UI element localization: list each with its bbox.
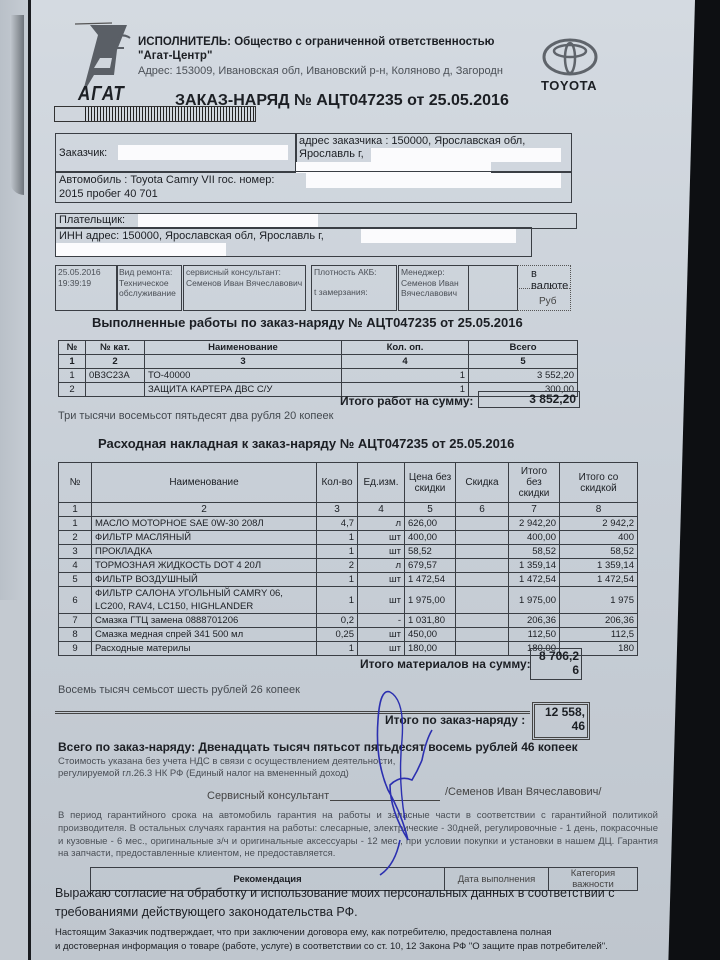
materials-cell-n: 9 <box>59 642 92 656</box>
col-number: 4 <box>358 503 405 517</box>
date-value: 25.05.2016 <box>58 267 115 278</box>
materials-total-label: Итого материалов на сумму: <box>360 657 531 671</box>
customer-address-line2: Ярославль г, <box>299 148 364 160</box>
works-colnum-row: 1 2 3 4 5 <box>59 355 578 369</box>
car-line2: 2015 пробег 40 701 <box>59 188 158 200</box>
materials-cell-n: 6 <box>59 587 92 614</box>
materials-cell-total: 112,50 <box>509 628 560 642</box>
car-line1: Автомобиль : Toyota Camry VII гос. номер… <box>59 174 274 186</box>
materials-cell-n: 4 <box>59 559 92 573</box>
battery-box: Плотность АКБ: t замерзания: <box>311 265 397 311</box>
freeze-label: t замерзания: <box>314 287 394 298</box>
works-title: Выполненные работы по заказ-наряду № АЦТ… <box>92 315 523 330</box>
works-total-value: 3 852,20 <box>478 391 580 408</box>
col-number: 2 <box>86 355 145 369</box>
customer-label: Заказчик: <box>59 147 107 159</box>
executor-line2: "Агат-Центр" <box>138 50 212 62</box>
vat-note-1: Стоимость указана без учета НДС в связи … <box>58 756 395 768</box>
materials-cell-total_disc: 206,36 <box>560 614 638 628</box>
inn-box: ИНН адрес: 150000, Ярославская обл, Ярос… <box>55 227 532 257</box>
col-number: 5 <box>405 503 456 517</box>
battery-label: Плотность АКБ: <box>314 267 394 278</box>
currency-box: в валюте Руб <box>517 265 571 311</box>
materials-cell-qty: 4,7 <box>317 517 358 531</box>
materials-total-value-1: 8 706,2 <box>531 649 581 663</box>
materials-total-words: Восемь тысяч семьсот шесть рублей 26 коп… <box>58 684 300 696</box>
executor-address: Адрес: 153009, Ивановская обл, Ивановски… <box>138 65 503 77</box>
warranty-text: В период гарантийного срока на автомобил… <box>58 810 658 861</box>
toyota-logo-icon <box>540 38 600 76</box>
col-header: Наименование <box>92 463 317 503</box>
works-cell-n: 2 <box>59 383 86 397</box>
materials-cell-price: 400,00 <box>405 531 456 545</box>
materials-cell-price: 1 975,00 <box>405 587 456 614</box>
materials-cell-total: 58,52 <box>509 545 560 559</box>
col-number: 2 <box>92 503 317 517</box>
works-table: № № кат. Наименование Кол. оп. Всего 1 2… <box>58 340 578 397</box>
materials-cell-unit: шт <box>358 573 405 587</box>
materials-cell-price: 58,52 <box>405 545 456 559</box>
col-number: 3 <box>317 503 358 517</box>
redacted-inn <box>56 243 226 256</box>
grand-total-words: Всего по заказ-наряду: Двенадцать тысяч … <box>58 740 578 754</box>
materials-cell-name: Смазка медная спрей 341 500 мл <box>92 628 317 642</box>
materials-cell-unit: шт <box>358 642 405 656</box>
materials-cell-price: 1 472,54 <box>405 573 456 587</box>
materials-cell-unit: шт <box>358 531 405 545</box>
materials-cell-name: ФИЛЬТР ВОЗДУШНЫЙ <box>92 573 317 587</box>
currency-value: Руб <box>539 296 557 307</box>
repair-type-label: Вид ремонта: <box>119 267 179 278</box>
works-header-row: № № кат. Наименование Кол. оп. Всего <box>59 341 578 355</box>
materials-row: 4ТОРМОЗНАЯ ЖИДКОСТЬ DOT 4 20Л2л679,571 3… <box>59 559 638 573</box>
materials-cell-unit: л <box>358 517 405 531</box>
materials-cell-total: 400,00 <box>509 531 560 545</box>
materials-cell-n: 3 <box>59 545 92 559</box>
materials-cell-total_disc: 1 359,14 <box>560 559 638 573</box>
materials-row: 6ФИЛЬТР САЛОНА УГОЛЬНЫЙ CAMRY 06, LC200,… <box>59 587 638 614</box>
materials-cell-qty: 0,25 <box>317 628 358 642</box>
materials-row: 8Смазка медная спрей 341 500 мл0,25шт450… <box>59 628 638 642</box>
signature-label: Сервисный консультант <box>207 790 329 802</box>
materials-cell-qty: 1 <box>317 573 358 587</box>
redacted-plate <box>306 173 561 188</box>
repair-type-box: Вид ремонта: Техническое обслуживание <box>116 265 182 311</box>
materials-cell-qty: 1 <box>317 642 358 656</box>
vat-note-2: регулируемой гл.26.3 НК РФ (Единый налог… <box>58 768 349 780</box>
col-number: 4 <box>342 355 469 369</box>
materials-cell-qty: 1 <box>317 587 358 614</box>
grand-total-value: 12 558, 46 <box>532 702 590 740</box>
materials-cell-n: 5 <box>59 573 92 587</box>
materials-cell-price: 1 031,80 <box>405 614 456 628</box>
materials-total-value: 8 706,2 6 <box>530 648 582 680</box>
works-cell-name: ЗАЩИТА КАРТЕРА ДВС С/У <box>145 383 342 397</box>
materials-cell-discount <box>456 642 509 656</box>
customer-address-line1: адрес заказчика : 150000, Ярославская об… <box>299 135 525 147</box>
notice-line2: и достоверная информация о товаре (работ… <box>55 940 608 954</box>
consent-line1: Выражаю согласие на обработку и использо… <box>55 884 614 903</box>
col-header: Кол-во <box>317 463 358 503</box>
consultant-box: сервисный консультант: Семенов Иван Вяче… <box>183 265 306 311</box>
materials-header-row: № Наименование Кол-во Ед.изм. Цена без с… <box>59 463 638 503</box>
col-number: 6 <box>456 503 509 517</box>
works-cell-cat <box>86 383 145 397</box>
signature-name: /Семенов Иван Вячеславович/ <box>445 786 601 798</box>
materials-cell-total_disc: 400 <box>560 531 638 545</box>
materials-cell-discount <box>456 517 509 531</box>
materials-cell-name: Смазка ГТЦ замена 0888701206 <box>92 614 317 628</box>
redacted-inn-address <box>361 229 516 243</box>
materials-colnum-row: 1 2 3 4 5 6 7 8 <box>59 503 638 517</box>
materials-row: 1МАСЛО МОТОРНОЕ SAE 0W-30 208Л4,7л626,00… <box>59 517 638 531</box>
materials-cell-name: ТОРМОЗНАЯ ЖИДКОСТЬ DOT 4 20Л <box>92 559 317 573</box>
col-header: № кат. <box>86 341 145 355</box>
materials-cell-total_disc: 1 975 <box>560 587 638 614</box>
empty-box <box>468 265 518 311</box>
redacted-customer-name <box>118 145 288 160</box>
materials-cell-price: 180,00 <box>405 642 456 656</box>
consultant-label: сервисный консультант: <box>186 267 303 278</box>
materials-cell-qty: 1 <box>317 545 358 559</box>
materials-cell-n: 1 <box>59 517 92 531</box>
materials-cell-unit: шт <box>358 587 405 614</box>
payer-label: Плательщик: <box>59 214 125 226</box>
materials-cell-unit: шт <box>358 628 405 642</box>
grand-total-value-2: 46 <box>535 719 587 733</box>
manager-label: Менеджер: <box>401 267 466 278</box>
consultant-value: Семенов Иван Вячеславович <box>186 278 303 289</box>
brand-name: TOYOTA <box>541 78 597 93</box>
col-header: Ед.изм. <box>358 463 405 503</box>
materials-row: 2ФИЛЬТР МАСЛЯНЫЙ1шт400,00400,00400 <box>59 531 638 545</box>
repair-type-value-1: Техническое <box>119 278 179 289</box>
materials-cell-total_disc: 1 472,54 <box>560 573 638 587</box>
col-header: № <box>59 341 86 355</box>
inn-address: ИНН адрес: 150000, Ярославская обл, Ярос… <box>59 230 324 242</box>
materials-cell-price: 626,00 <box>405 517 456 531</box>
materials-cell-total: 1 359,14 <box>509 559 560 573</box>
repair-type-value-2: обслуживание <box>119 288 179 299</box>
works-cell-total: 3 552,20 <box>469 369 578 383</box>
col-header: Скидка <box>456 463 509 503</box>
col-number: 7 <box>509 503 560 517</box>
customer-address-box: адрес заказчика : 150000, Ярославская об… <box>295 133 572 173</box>
currency-divider <box>517 288 570 289</box>
materials-cell-name: ПРОКЛАДКА <box>92 545 317 559</box>
materials-row: 5ФИЛЬТР ВОЗДУШНЫЙ1шт1 472,541 472,541 47… <box>59 573 638 587</box>
works-total-words: Три тысячи восемьсот пятьдесят два рубля… <box>58 410 333 422</box>
works-total-label: Итого работ на сумму: <box>340 394 473 408</box>
col-header: Кол. оп. <box>342 341 469 355</box>
materials-cell-unit: - <box>358 614 405 628</box>
document-title: ЗАКАЗ-НАРЯД № АЦТ047235 от 25.05.2016 <box>175 92 509 110</box>
col-number: 1 <box>59 503 92 517</box>
materials-cell-name: МАСЛО МОТОРНОЕ SAE 0W-30 208Л <box>92 517 317 531</box>
customer-box: Заказчик: <box>55 133 297 173</box>
materials-cell-n: 7 <box>59 614 92 628</box>
col-number: 5 <box>469 355 578 369</box>
car-box: Автомобиль : Toyota Camry VII гос. номер… <box>55 171 572 203</box>
materials-title: Расходная накладная к заказ-наряду № АЦТ… <box>98 436 514 451</box>
materials-cell-discount <box>456 587 509 614</box>
materials-cell-unit: шт <box>358 545 405 559</box>
col-header: Итого без скидки <box>509 463 560 503</box>
materials-cell-unit: л <box>358 559 405 573</box>
materials-row: 3ПРОКЛАДКА1шт58,5258,5258,52 <box>59 545 638 559</box>
materials-cell-discount <box>456 628 509 642</box>
materials-cell-total_disc: 58,52 <box>560 545 638 559</box>
col-header: № <box>59 463 92 503</box>
materials-cell-name: ФИЛЬТР МАСЛЯНЫЙ <box>92 531 317 545</box>
notice-line1: Настоящим Заказчик подтверждает, что при… <box>55 926 552 940</box>
materials-cell-name: ФИЛЬТР САЛОНА УГОЛЬНЫЙ CAMRY 06, LC200, … <box>92 587 317 614</box>
handwritten-signature <box>360 680 440 880</box>
materials-cell-n: 8 <box>59 628 92 642</box>
materials-cell-discount <box>456 573 509 587</box>
materials-cell-name: Расходные материлы <box>92 642 317 656</box>
sheet-edge <box>28 0 31 960</box>
materials-cell-total: 206,36 <box>509 614 560 628</box>
materials-cell-total: 1 975,00 <box>509 587 560 614</box>
materials-total-value-2: 6 <box>531 663 581 677</box>
materials-cell-discount <box>456 614 509 628</box>
materials-cell-total: 1 472,54 <box>509 573 560 587</box>
col-number: 1 <box>59 355 86 369</box>
materials-cell-n: 2 <box>59 531 92 545</box>
works-cell-n: 1 <box>59 369 86 383</box>
materials-cell-total: 2 942,20 <box>509 517 560 531</box>
manager-box: Менеджер: Семенов Иван Вячеславович <box>398 265 469 311</box>
materials-cell-total_disc: 2 942,2 <box>560 517 638 531</box>
works-row: 10B3C23AТО-4000013 552,20 <box>59 369 578 383</box>
works-cell-cat: 0B3C23A <box>86 369 145 383</box>
materials-cell-discount <box>456 559 509 573</box>
datetime-box: 25.05.2016 19:39:19 <box>55 265 118 311</box>
materials-cell-price: 450,00 <box>405 628 456 642</box>
materials-table: № Наименование Кол-во Ед.изм. Цена без с… <box>58 462 638 656</box>
paper-shadow <box>10 15 24 195</box>
materials-cell-total_disc: 112,5 <box>560 628 638 642</box>
consent-line2: требованиями действующего законодательст… <box>55 903 358 922</box>
executor-line1: ИСПОЛНИТЕЛЬ: Общество с ограниченной отв… <box>138 36 494 48</box>
works-cell-name: ТО-40000 <box>145 369 342 383</box>
logo-text: АГАТ <box>78 82 125 106</box>
manager-value-2: Вячеславович <box>401 288 466 299</box>
col-number: 8 <box>560 503 638 517</box>
manager-value-1: Семенов Иван <box>401 278 466 289</box>
materials-cell-discount <box>456 545 509 559</box>
materials-row: 7Смазка ГТЦ замена 08887012060,2-1 031,8… <box>59 614 638 628</box>
grand-total-value-1: 12 558, <box>535 705 587 719</box>
col-header: Итого со скидкой <box>560 463 638 503</box>
materials-cell-qty: 1 <box>317 531 358 545</box>
materials-cell-price: 679,57 <box>405 559 456 573</box>
col-number: 3 <box>145 355 342 369</box>
materials-cell-qty: 2 <box>317 559 358 573</box>
col-header: Наименование <box>145 341 342 355</box>
works-cell-qty: 1 <box>342 369 469 383</box>
redacted-payer <box>138 214 318 227</box>
redacted-customer-address <box>371 148 561 162</box>
materials-cell-discount <box>456 531 509 545</box>
col-header: Всего <box>469 341 578 355</box>
time-value: 19:39:19 <box>58 278 115 289</box>
materials-cell-qty: 0,2 <box>317 614 358 628</box>
col-header: Цена без скидки <box>405 463 456 503</box>
